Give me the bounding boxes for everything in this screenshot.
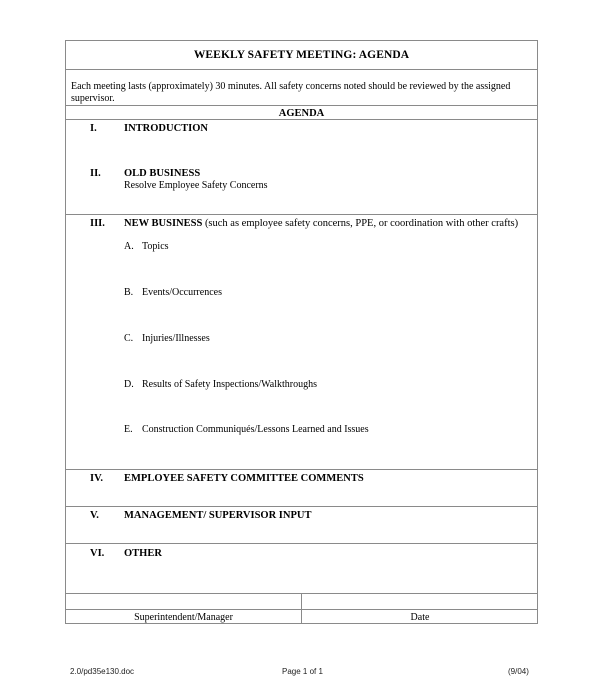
list-item: D.Results of Safety Inspections/Walkthro… [124,379,317,390]
section-title-text: NEW BUSINESS [124,218,202,229]
section-title-old-business: OLD BUSINESS [124,168,200,179]
item-text: Topics [142,241,169,252]
section-title-committee-comments: EMPLOYEE SAFETY COMMITTEE COMMENTS [124,473,364,484]
item-letter: C. [124,333,142,344]
list-item: E.Construction Communiqués/Lessons Learn… [124,424,369,435]
divider [66,119,537,120]
section-number: V. [90,510,99,521]
divider [66,506,537,507]
section-title-other: OTHER [124,548,162,559]
item-text: Results of Safety Inspections/Walkthroug… [142,379,317,390]
divider [66,214,537,215]
list-item: B.Events/Occurrences [124,287,222,298]
item-letter: B. [124,287,142,298]
section-number: I. [90,123,97,134]
item-text: Events/Occurrences [142,287,222,298]
section-subtitle: Resolve Employee Safety Concerns [124,180,268,191]
divider [66,69,537,70]
intro-text: Each meeting lasts (approximately) 30 mi… [71,81,517,105]
section-title-new-business: NEW BUSINESS (such as employee safety co… [124,218,518,229]
section-title-management-input: MANAGEMENT/ SUPERVISOR INPUT [124,510,311,521]
footer-file: 2.0/pd35e130.doc [70,667,134,676]
item-letter: E. [124,424,142,435]
section-number: VI. [90,548,104,559]
footer-page: Page 1 of 1 [282,667,323,676]
signature-label-date: Date [302,612,538,623]
divider [66,105,537,106]
agenda-heading: AGENDA [66,108,537,119]
signature-label-manager: Superintendent/Manager [66,612,301,623]
item-text: Construction Communiqués/Lessons Learned… [142,424,369,435]
agenda-form: WEEKLY SAFETY MEETING: AGENDA Each meeti… [65,40,538,624]
section-number: II. [90,168,101,179]
section-title-introduction: INTRODUCTION [124,123,208,134]
divider [66,543,537,544]
section-number: III. [90,218,105,229]
page-title: WEEKLY SAFETY MEETING: AGENDA [66,49,537,61]
item-letter: A. [124,241,142,252]
list-item: A.Topics [124,241,169,252]
list-item: C.Injuries/Illnesses [124,333,210,344]
item-text: Injuries/Illnesses [142,333,210,344]
section-title-note: (such as employee safety concerns, PPE, … [202,218,518,229]
section-number: IV. [90,473,103,484]
item-letter: D. [124,379,142,390]
divider [66,469,537,470]
footer-revision: (9/04) [508,667,529,676]
